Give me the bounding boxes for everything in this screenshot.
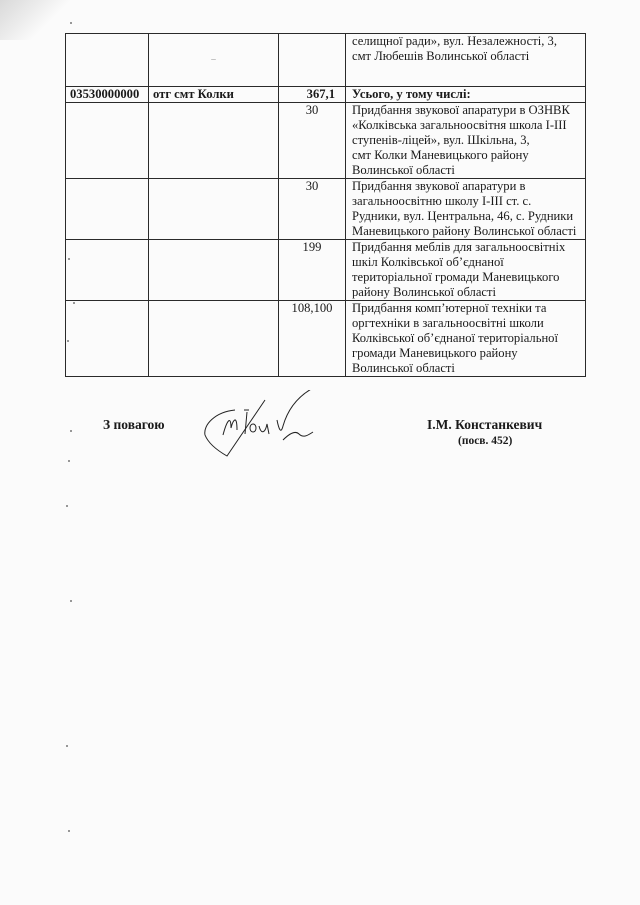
code-cell <box>66 34 149 87</box>
table-row: 199 Придбання меблів для загальноосвітні… <box>66 240 586 301</box>
handwritten-signature <box>195 390 345 470</box>
scan-speck <box>68 830 70 832</box>
table-row: – селищної ради», вул. Незалежності, 3, … <box>66 34 586 87</box>
signer-name: І.М. Констанкевич <box>427 417 542 433</box>
name-cell <box>149 103 279 179</box>
table-row: 30 Придбання звукової апаратури в загаль… <box>66 179 586 240</box>
amount-cell <box>279 34 346 87</box>
code-cell <box>66 179 149 240</box>
code-cell <box>66 301 149 377</box>
closing-text: З повагою <box>103 417 165 433</box>
amount-cell: 30 <box>279 103 346 179</box>
stray-mark: – <box>153 52 274 67</box>
scan-speck <box>66 505 68 507</box>
amount-cell: 30 <box>279 179 346 240</box>
signature-block: З повагою І.М. Констанкевич (посв. 452) <box>0 400 640 470</box>
description-cell: Придбання звукової апаратури в ОЗНВК «Ко… <box>346 103 586 179</box>
scan-speck <box>70 22 72 24</box>
code-cell <box>66 103 149 179</box>
amount-cell: 199 <box>279 240 346 301</box>
name-cell: – <box>149 34 279 87</box>
table-row: 30 Придбання звукової апаратури в ОЗНВК … <box>66 103 586 179</box>
name-cell <box>149 179 279 240</box>
name-cell <box>149 240 279 301</box>
description-cell: селищної ради», вул. Незалежності, 3, см… <box>346 34 586 87</box>
scan-speck <box>66 745 68 747</box>
name-cell: отг смт Колки <box>149 87 279 103</box>
description-cell: Придбання звукової апаратури в загальноо… <box>346 179 586 240</box>
description-cell: Придбання комп’ютерної техніки та оргтех… <box>346 301 586 377</box>
name-cell <box>149 301 279 377</box>
table-row: 108,100 Придбання комп’ютерної техніки т… <box>66 301 586 377</box>
total-row: 03530000000 отг смт Колки 367,1 Усього, … <box>66 87 586 103</box>
code-cell: 03530000000 <box>66 87 149 103</box>
code-cell <box>66 240 149 301</box>
scan-speck <box>70 600 72 602</box>
signer-certificate: (посв. 452) <box>458 435 512 447</box>
description-cell: Придбання меблів для загальноосвітніх шк… <box>346 240 586 301</box>
budget-table: – селищної ради», вул. Незалежності, 3, … <box>65 33 586 377</box>
amount-cell: 108,100 <box>279 301 346 377</box>
amount-cell: 367,1 <box>279 87 346 103</box>
description-cell: Усього, у тому числі: <box>346 87 586 103</box>
